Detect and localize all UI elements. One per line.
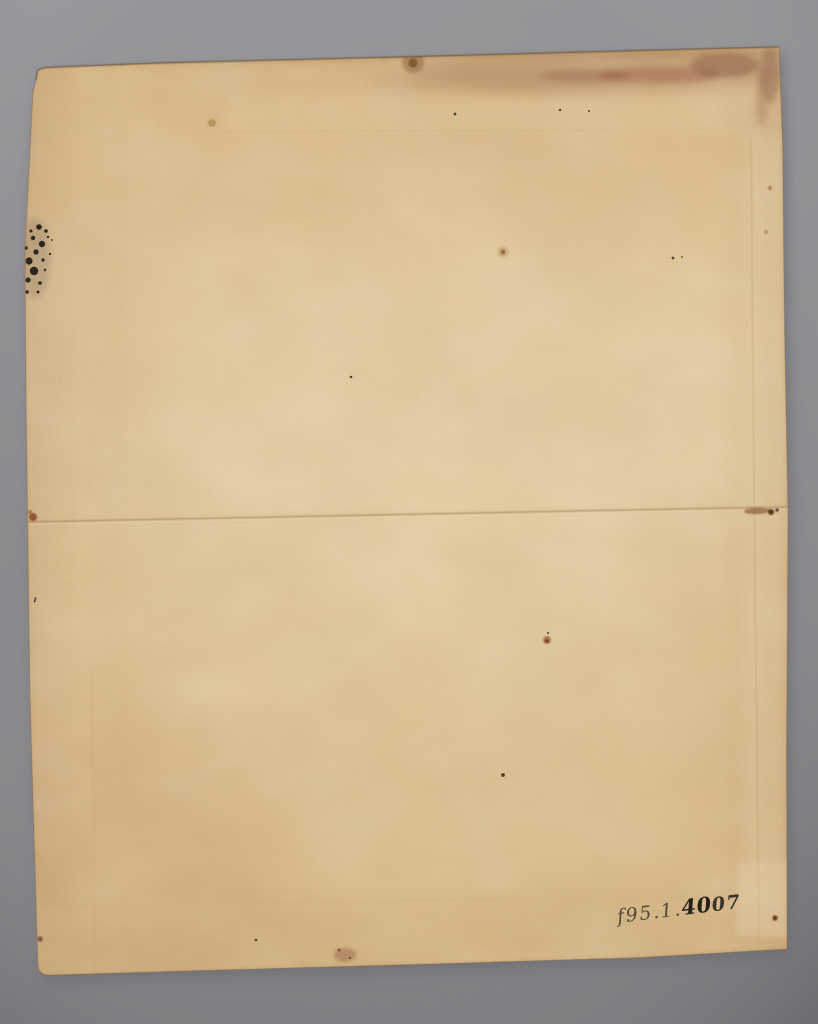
inscription-ink-part: 07 [711,891,743,916]
museum-photo: f95.1.4007 [0,0,818,1024]
paper-grain [20,40,795,985]
inscription-ink-bold-part: 40 [680,891,713,920]
paper-surface [0,40,818,1000]
photo-canvas [0,0,818,1024]
